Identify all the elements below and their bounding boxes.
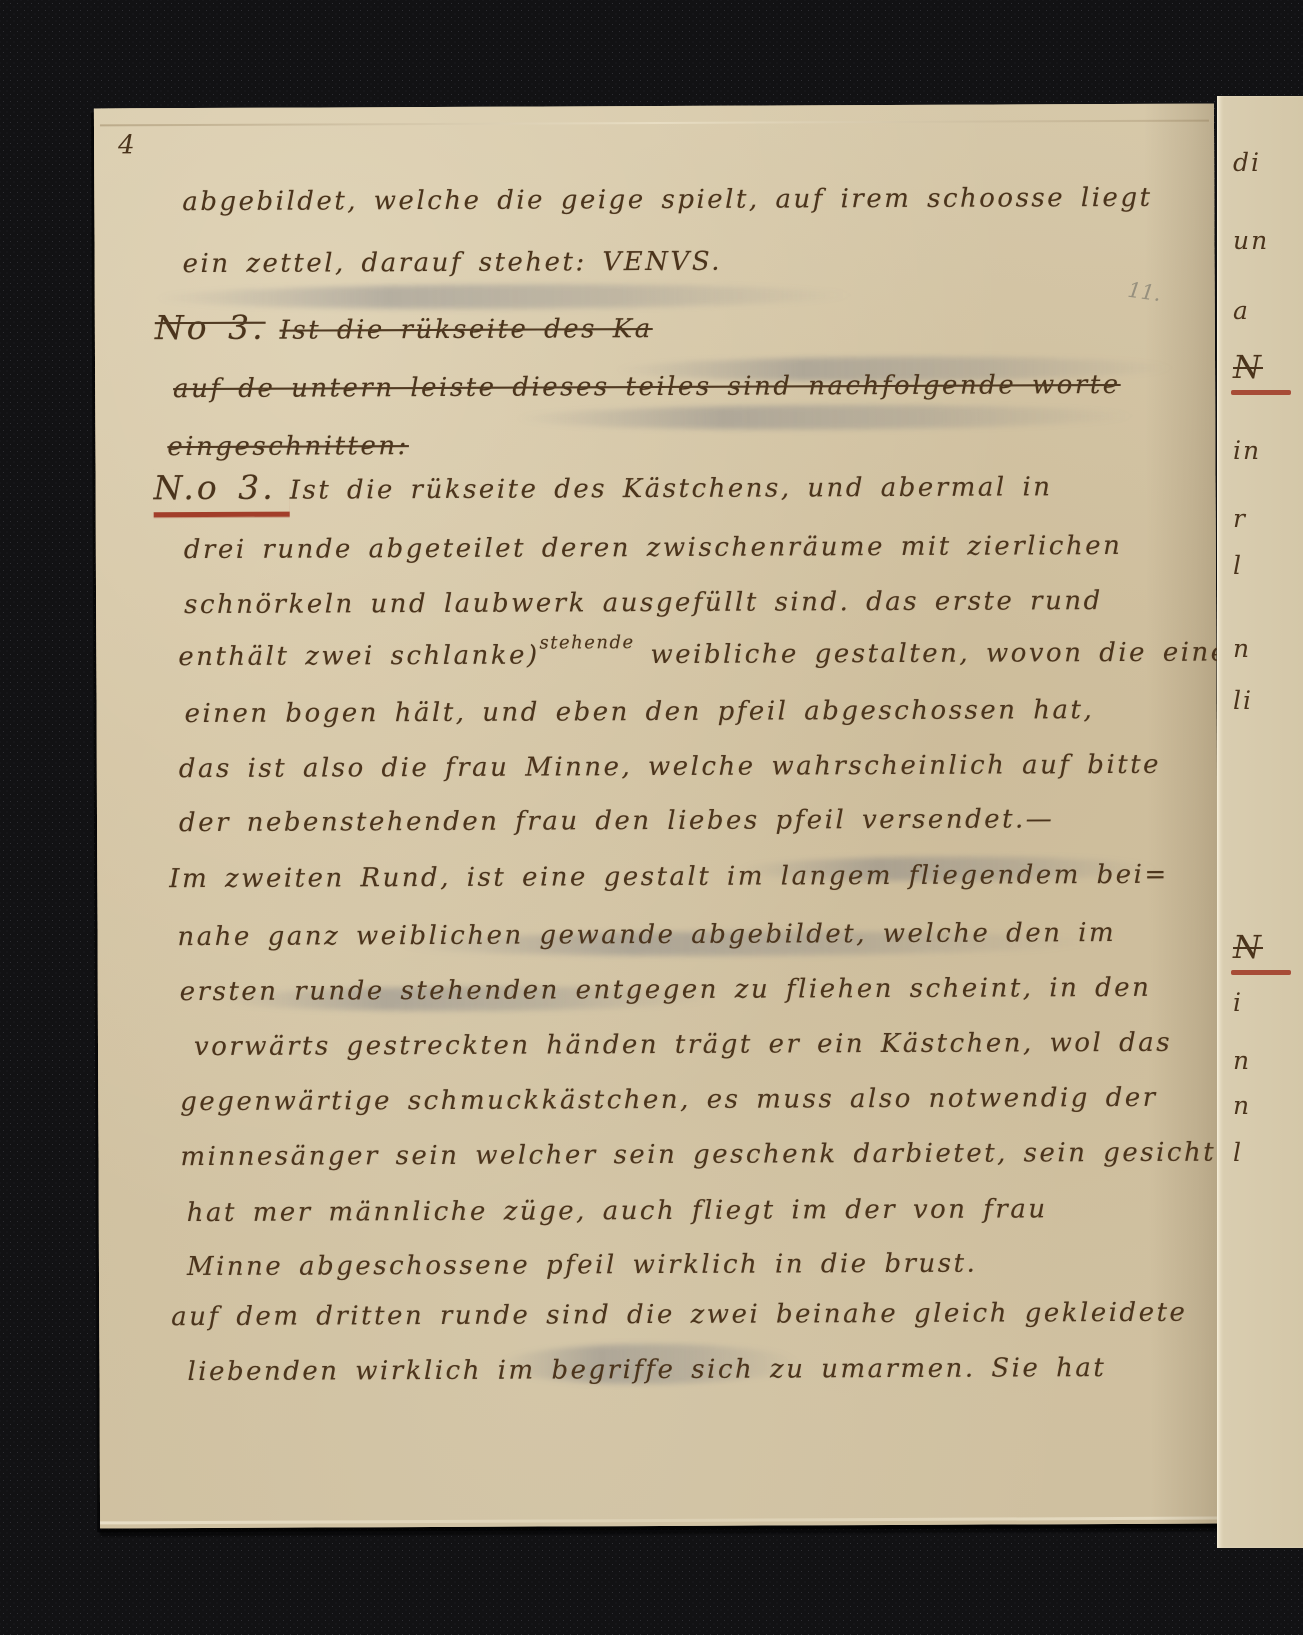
manuscript-line: ein zettel, darauf stehet: VENVS. bbox=[183, 247, 722, 279]
manuscript-line: gegenwärtige schmuckkästchen, es muss al… bbox=[180, 1083, 1158, 1117]
manuscript-line: Im zweiten Rund, ist eine gestalt im lan… bbox=[169, 860, 1169, 894]
manuscript-line: hat mer männliche züge, auch fliegt im d… bbox=[187, 1194, 1048, 1228]
manuscript-line-struck: eingeschnitten: bbox=[167, 431, 409, 462]
manuscript-line: drei runde abgeteilet deren zwischenräum… bbox=[184, 531, 1123, 565]
number-heading: No 3. bbox=[155, 308, 280, 348]
line-fragment-struck: N bbox=[1233, 348, 1263, 386]
line-text: Ist die rükseite des Ka bbox=[280, 314, 653, 346]
paper-top-crease bbox=[100, 120, 1209, 127]
line-fragment-struck: N bbox=[1233, 928, 1263, 966]
inserted-word: stehende bbox=[539, 632, 634, 653]
manuscript-line: der nebenstehenden frau den liebes pfeil… bbox=[179, 804, 1054, 838]
line-fragment: in bbox=[1233, 436, 1261, 465]
manuscript-line: Minne abgeschossene pfeil wirklich in di… bbox=[187, 1249, 977, 1282]
manuscript-line: abgebildet, welche die geige spielt, auf… bbox=[182, 183, 1152, 217]
manuscript-line: N.o 3.Ist die rükseite des Kästchens, un… bbox=[153, 464, 1052, 507]
line-fragment: a bbox=[1233, 296, 1250, 325]
line-fragment: i bbox=[1233, 988, 1243, 1017]
line-text: enthält zwei schlanke) bbox=[178, 641, 539, 673]
manuscript-line: das ist also die frau Minne, welche wahr… bbox=[179, 750, 1161, 784]
line-fragment: di bbox=[1233, 148, 1261, 177]
number-heading-red-underlined: N.o 3. bbox=[153, 468, 289, 518]
line-fragment: un bbox=[1233, 226, 1269, 255]
manuscript-line: liebenden wirklich im begriffe sich zu u… bbox=[187, 1353, 1106, 1387]
line-text: weibliche gestalten, wovon die eine bbox=[650, 638, 1228, 671]
line-text: Ist die rükseite des Kästchens, und aber… bbox=[290, 472, 1053, 505]
manuscript-line: vorwärts gestreckten händen trägt er ein… bbox=[194, 1028, 1172, 1062]
bleed-through-smudge bbox=[515, 404, 1135, 431]
manuscript-line-struck: auf de untern leiste dieses teiles sind … bbox=[173, 370, 1121, 404]
manuscript-line: nahe ganz weiblichen gewande abgebildet,… bbox=[177, 918, 1116, 952]
facing-page-sliver: di un a N in r l n li N i n n l bbox=[1217, 96, 1303, 1548]
manuscript-line: schnörkeln und laubwerk ausgefüllt sind.… bbox=[184, 586, 1103, 620]
line-fragment: n bbox=[1233, 634, 1251, 663]
line-fragment: n bbox=[1233, 1046, 1251, 1075]
manuscript-line: minnesänger sein welcher sein geschenk d… bbox=[180, 1138, 1216, 1173]
line-fragment: n bbox=[1233, 1091, 1251, 1120]
paper-bottom-edge bbox=[100, 1517, 1220, 1525]
manuscript-line: einen bogen hält, und eben den pfeil abg… bbox=[184, 695, 1094, 729]
manuscript-line-struck: No 3.Ist die rükseite des Ka bbox=[155, 306, 653, 347]
red-underline-fragment bbox=[1231, 390, 1291, 395]
line-fragment: l bbox=[1233, 551, 1243, 580]
pencil-annotation: 11. bbox=[1126, 278, 1162, 306]
manuscript-line: auf dem dritten runde sind die zwei bein… bbox=[171, 1298, 1187, 1332]
page-number: 4 bbox=[118, 130, 135, 160]
manuscript-scan: 4 11. abgebildet, welche die geige spiel… bbox=[0, 0, 1303, 1635]
line-fragment: l bbox=[1233, 1138, 1243, 1167]
manuscript-page: 4 11. abgebildet, welche die geige spiel… bbox=[94, 104, 1220, 1529]
manuscript-line-with-insertion: enthält zwei schlanke)stehende weibliche… bbox=[178, 638, 1228, 673]
line-fragment: r bbox=[1233, 504, 1247, 533]
line-fragment: li bbox=[1233, 686, 1253, 715]
manuscript-line: ersten runde stehenden entgegen zu flieh… bbox=[180, 973, 1152, 1007]
red-underline-fragment bbox=[1231, 970, 1291, 975]
